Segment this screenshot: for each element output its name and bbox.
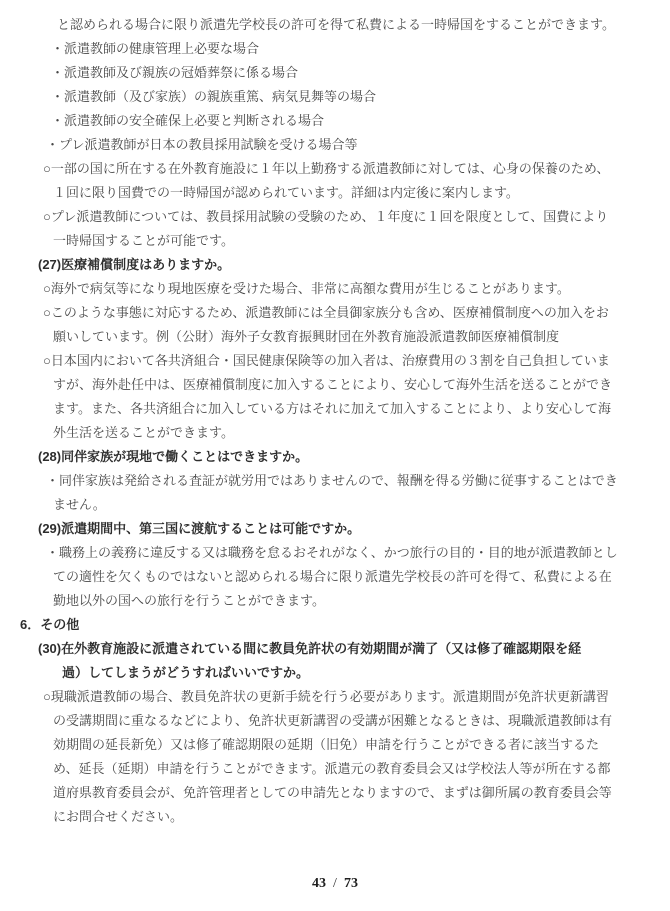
answer-continuation-line: ません。 — [0, 493, 670, 517]
paragraph-continuation-line: と認められる場合に限り派遣先学校長の許可を得て私費による一時帰国をすることができ… — [0, 13, 670, 37]
answer-line: ○海外で病気等になり現地医療を受けた場合、非常に高額な費用が生じることがあります… — [0, 277, 670, 301]
answer-continuation-line: 外生活を送ることができます。 — [0, 421, 670, 445]
document-body: と認められる場合に限り派遣先学校長の許可を得て私費による一時帰国をすることができ… — [0, 13, 670, 829]
current-page-number: 43 — [312, 876, 326, 891]
bullet-line: ・プレ派遣教師が日本の教員採用試験を受ける場合等 — [0, 133, 670, 157]
bullet-line: ・職務上の義務に違反する又は職務を怠るおそれがなく、かつ旅行の目的・目的地が派遣… — [0, 541, 670, 565]
answer-line: ○一部の国に所在する在外教育施設に１年以上勤務する派遣教師に対しては、心身の保養… — [0, 157, 670, 181]
page-number-footer: 43/73 — [0, 876, 670, 892]
answer-continuation-line: にお問合せください。 — [0, 805, 670, 829]
answer-line: ○日本国内において各共済組合・国民健康保険等の加入者は、治療費用の３割を自己負担… — [0, 349, 670, 373]
answer-continuation-line: 一時帰国することが可能です。 — [0, 229, 670, 253]
bullet-line: ・同伴家族は発給される査証が就労用ではありませんので、報酬を得る労働に従事するこ… — [0, 469, 670, 493]
question-heading-27: (27)医療補償制度はありますか。 — [0, 253, 670, 277]
answer-continuation-line: 効期間の延長新免）又は修了確認期限の延期（旧免）申請を行うことができる者に該当す… — [0, 733, 670, 757]
answer-continuation-line: ます。また、各共済組合に加入している方はそれに加えて加入することにより、より安心… — [0, 397, 670, 421]
total-page-number: 73 — [344, 876, 358, 891]
bullet-line: ・派遣教師及び親族の冠婚葬祭に係る場合 — [0, 61, 670, 85]
answer-line: ○プレ派遣教師については、教員採用試験の受験のため、１年度に１回を限度として、国… — [0, 205, 670, 229]
answer-continuation-line: 勤地以外の国への旅行を行うことができます。 — [0, 589, 670, 613]
answer-continuation-line: １回に限り国費での一時帰国が認められています。詳細は内定後に案内します。 — [0, 181, 670, 205]
section-heading-6: 6．その他 — [0, 613, 670, 637]
page-number-separator: / — [326, 876, 344, 891]
document-page: と認められる場合に限り派遣先学校長の許可を得て私費による一時帰国をすることができ… — [0, 0, 670, 911]
question-heading-29: (29)派遣期間中、第三国に渡航することは可能ですか。 — [0, 517, 670, 541]
bullet-line: ・派遣教師の安全確保上必要と判断される場合 — [0, 109, 670, 133]
answer-continuation-line: の受講期間に重なるなどにより、免許状更新講習の受講が困難となるときは、現職派遣教… — [0, 709, 670, 733]
question-heading-28: (28)同伴家族が現地で働くことはできますか。 — [0, 445, 670, 469]
bullet-line: ・派遣教師の健康管理上必要な場合 — [0, 37, 670, 61]
answer-continuation-line: 願いしています。例（公財）海外子女教育振興財団在外教育施設派遣教師医療補償制度 — [0, 325, 670, 349]
answer-continuation-line: ての適性を欠くものではないと認められる場合に限り派遣先学校長の許可を得て、私費に… — [0, 565, 670, 589]
answer-continuation-line: め、延長（延期）申請を行うことができます。派遣元の教育委員会又は学校法人等が所在… — [0, 757, 670, 781]
answer-continuation-line: 道府県教育委員会が、免許管理者としての申請先となりますので、まずは御所属の教育委… — [0, 781, 670, 805]
answer-continuation-line: すが、海外赴任中は、医療補償制度に加入することにより、安心して海外生活を送ること… — [0, 373, 670, 397]
answer-line: ○現職派遣教師の場合、教員免許状の更新手続を行う必要があります。派遣期間が免許状… — [0, 685, 670, 709]
question-heading-continuation: 過）してしまうがどうすればいいですか。 — [0, 661, 670, 685]
bullet-line: ・派遣教師（及び家族）の親族重篤、病気見舞等の場合 — [0, 85, 670, 109]
answer-line: ○このような事態に対応するため、派遣教師には全員御家族分も含め、医療補償制度への… — [0, 301, 670, 325]
question-heading-30: (30)在外教育施設に派遣されている間に教員免許状の有効期間が満了（又は修了確認… — [0, 637, 670, 661]
